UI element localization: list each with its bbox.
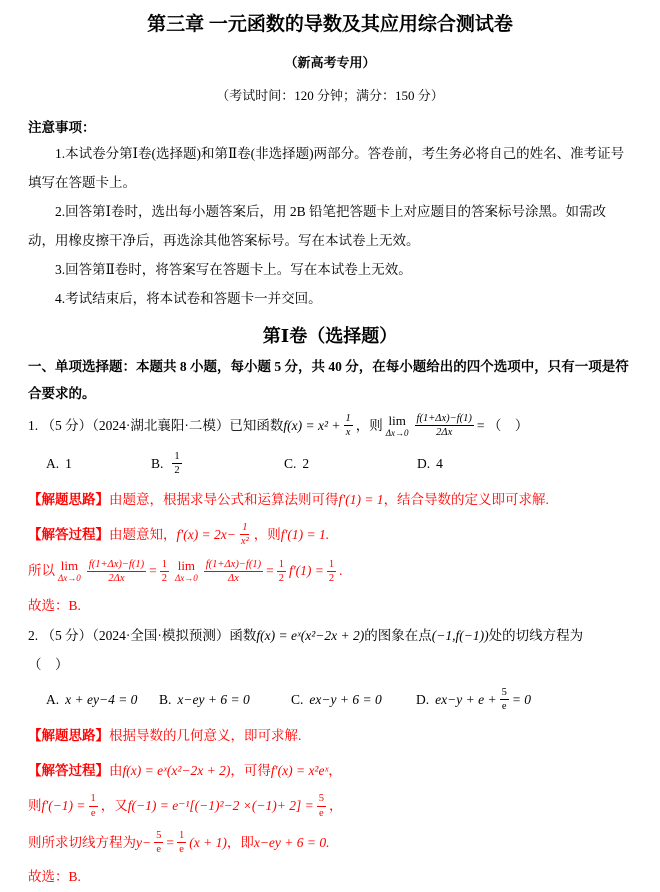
fraction-denominator: 2 <box>277 572 286 585</box>
option-a-label: A. <box>46 456 59 472</box>
fraction-denominator: Δx <box>226 572 241 585</box>
fraction-one-half: 12 <box>172 450 181 477</box>
notice-heading: 注意事项： <box>28 117 632 139</box>
q2-solution-then: 则 <box>28 798 42 813</box>
option-b-value: x−ey + 6 = 0 <box>177 692 249 708</box>
q2-stem-function: f(x) = eˣ(x²−2x + 2) <box>256 628 364 643</box>
option-c-value: ex−y + 6 = 0 <box>309 692 381 708</box>
q1-stem-function: f(x) = x² + <box>283 418 340 433</box>
limit-subscript: Δx→0 <box>175 574 198 583</box>
limit-subscript: Δx→0 <box>58 574 81 583</box>
fraction-denominator: 2Δx <box>434 426 454 439</box>
fraction-numerator: 1 <box>177 829 186 843</box>
q1-stem-mid: ，则 <box>356 418 383 433</box>
q1-solution-therefore: 所以 <box>28 563 55 578</box>
q2-tangent-y: y− <box>136 835 151 850</box>
limit-notation: limΔx→0 <box>175 559 198 583</box>
fraction-numerator: 1 <box>344 412 353 426</box>
q1-option-c: C.2 <box>284 456 417 472</box>
q1-stem-pre: 1. （5 分）（2024·湖北襄阳·二模）已知函数 <box>28 418 283 433</box>
period: . <box>339 563 342 578</box>
q2-solution-that-is: ，即 <box>227 835 254 850</box>
q2-answer: 故选：B. <box>28 866 632 888</box>
fraction-numerator: 1 <box>160 558 169 572</box>
q2-solution-line-1: 【解答过程】由f(x) = eˣ(x²−2x + 2)，可得f′(x) = x²… <box>28 758 632 784</box>
notice-item-1: 1.本试卷分第Ⅰ卷(选择题)和第Ⅱ卷(非选择题)两部分。答卷前，考生务必将自己的… <box>28 139 632 197</box>
fraction-one-half: 12 <box>160 558 169 585</box>
fraction-numerator: 1 <box>327 558 336 572</box>
q1-option-a: A.1 <box>46 456 151 472</box>
fraction-numerator: 1 <box>240 521 249 535</box>
fraction-denominator: 2 <box>172 464 181 477</box>
fraction-5-over-e: 5e <box>317 792 326 819</box>
q2-solution-fprime-neg1: f′(−1) = <box>42 798 86 813</box>
q2-stem-point: (−1,f(−1)) <box>432 628 489 643</box>
option-b-label: B. <box>159 692 171 708</box>
q2-option-a: A.x + ey−4 = 0 <box>46 692 159 708</box>
fraction-numerator: f(1+Δx)−f(1) <box>204 558 263 572</box>
q2-option-b: B.x−ey + 6 = 0 <box>159 692 291 708</box>
q1-solution-line-2: 所以limΔx→0f(1+Δx)−f(1)2Δx=12limΔx→0f(1+Δx… <box>28 558 632 586</box>
q1-solution-mid: ，则 <box>254 527 281 542</box>
fraction-numerator: 1 <box>172 450 181 464</box>
option-b-label: B. <box>151 456 163 472</box>
fraction-denominator: e <box>317 807 326 820</box>
fraction-denominator: 2 <box>327 572 336 585</box>
q2-option-c: C.ex−y + 6 = 0 <box>291 692 416 708</box>
q2-stem-mid: 的图象在点 <box>364 628 432 643</box>
q2-options-row: A.x + ey−4 = 0 B.x−ey + 6 = 0 C.ex−y + 6… <box>28 687 632 714</box>
limit-subscript: Δx→0 <box>386 429 409 438</box>
q1-answer: 故选：B. <box>28 595 632 617</box>
fraction-denominator: e <box>177 843 186 856</box>
fraction-denominator: x <box>344 426 353 439</box>
option-d-value-pre: ex−y + e + <box>435 692 496 708</box>
fraction-denominator: e <box>154 843 163 856</box>
option-d-value-post: = 0 <box>512 692 531 708</box>
comma: ， <box>329 798 343 813</box>
fraction-numerator: 1 <box>277 558 286 572</box>
section-1-instructions: 一、单项选择题：本题共 8 小题，每小题 5 分，共 40 分，在每小题给出的四… <box>28 353 632 407</box>
difference-quotient-fraction: f(1+Δx)−f(1)Δx <box>204 558 263 585</box>
option-d-label: D. <box>417 456 430 472</box>
q2-solution-f-neg1: f(−1) = e⁻¹[(−1)²−2 ×(−1)+ 2] = <box>128 798 314 813</box>
q2-tangent-x-plus-1: (x + 1) <box>189 835 227 850</box>
notice-item-2: 2.回答第Ⅰ卷时，选出每小题答案后，用 2B 铅笔把答题卡上对应题目的答案标号涂… <box>28 197 632 255</box>
q2-option-d: D.ex−y + e +5e= 0 <box>416 687 531 714</box>
analysis-label: 【解题思路】 <box>28 492 109 507</box>
difference-quotient-fraction: f(1+Δx)−f(1)2Δx <box>415 412 474 439</box>
fraction-numerator: 5 <box>154 829 163 843</box>
fraction-one-half: 12 <box>327 558 336 585</box>
q2-solution-text-1: 由 <box>109 763 123 778</box>
q2-solution-also: ，又 <box>101 798 128 813</box>
limit-notation: limΔx→0 <box>58 559 81 583</box>
q2-analysis-text: 根据导数的几何意义，即可求解. <box>109 728 301 743</box>
notice-item-3: 3.回答第Ⅱ卷时，将答案写在答题卡上。写在本试卷上无效。 <box>28 255 632 284</box>
q2-analysis: 【解题思路】根据导数的几何意义，即可求解. <box>28 723 632 749</box>
q1-solution-text: 由题意知， <box>109 527 177 542</box>
fraction-1-over-e: 1e <box>177 829 186 856</box>
q2-tangent-equation: x−ey + 6 = 0. <box>254 835 330 850</box>
fraction-numerator: 1 <box>89 792 98 806</box>
question-1-stem: 1. （5 分）（2024·湖北襄阳·二模）已知函数f(x) = x² +1x，… <box>28 413 632 441</box>
option-a-value: 1 <box>65 456 72 472</box>
q2-solution-derivative: f′(x) = x²eˣ <box>271 763 328 778</box>
fraction-1-over-x-squared: 1x² <box>239 521 251 548</box>
question-2-stem: 2. （5 分）（2024·全国·模拟预测）函数f(x) = eˣ(x²−2x … <box>28 623 632 649</box>
q1-solution-line-1: 【解答过程】由题意知，f′(x) = 2x−1x²，则f′(1) = 1. <box>28 522 632 550</box>
option-c-label: C. <box>291 692 303 708</box>
limit-operator: lim <box>178 559 195 573</box>
fraction-denominator: 2Δx <box>106 572 126 585</box>
fraction-1-over-x: 1x <box>344 412 353 439</box>
limit-operator: lim <box>388 414 405 428</box>
q2-stem-post: 处的切线方程为 <box>489 628 584 643</box>
fraction-1-over-e: 1e <box>89 792 98 819</box>
notice-item-4: 4.考试结束后，将本试卷和答题卡一并交回。 <box>28 284 632 313</box>
fraction-one-half: 12 <box>277 558 286 585</box>
equals-sign: = <box>149 563 157 578</box>
q2-solution-function: f(x) = eˣ(x²−2x + 2) <box>123 763 231 778</box>
q1-analysis: 【解题思路】由题意，根据求导公式和运算法则可得f′(1) = 1，结合导数的定义… <box>28 487 632 513</box>
limit-notation: limΔx→0 <box>386 414 409 438</box>
comma: ， <box>328 763 342 778</box>
option-d-value: 4 <box>436 456 443 472</box>
fraction-numerator: f(1+Δx)−f(1) <box>415 412 474 426</box>
fraction-numerator: f(1+Δx)−f(1) <box>87 558 146 572</box>
analysis-label: 【解题思路】 <box>28 728 109 743</box>
q1-solution-fprime: f′(1) = <box>289 563 324 578</box>
q1-analysis-text-1: 由题意，根据求导公式和运算法则可得 <box>109 492 339 507</box>
fraction-numerator: 5 <box>500 686 509 700</box>
fraction-denominator: x² <box>239 535 251 548</box>
exam-info: （考试时间：120 分钟；满分：150 分） <box>28 87 632 105</box>
document-page: 第三章 一元函数的导数及其应用综合测试卷 （新高考专用） （考试时间：120 分… <box>0 0 660 888</box>
equals-sign: = <box>166 835 174 850</box>
option-c-value: 2 <box>302 456 309 472</box>
q2-solution-tangent-text: 则所求切线方程为 <box>28 835 136 850</box>
page-subtitle: （新高考专用） <box>28 54 632 72</box>
q1-analysis-text-2: ，结合导数的定义即可求解. <box>384 492 549 507</box>
fraction-denominator: e <box>89 807 98 820</box>
page-title: 第三章 一元函数的导数及其应用综合测试卷 <box>28 12 632 38</box>
section-1-heading: 第Ⅰ卷（选择题） <box>28 323 632 349</box>
q1-solution-result: f′(1) = 1. <box>281 527 329 542</box>
fraction-denominator: e <box>500 700 509 713</box>
solution-label: 【解答过程】 <box>28 763 109 778</box>
difference-quotient-fraction: f(1+Δx)−f(1)2Δx <box>87 558 146 585</box>
option-a-label: A. <box>46 692 59 708</box>
q1-option-d: D.4 <box>417 456 443 472</box>
q2-stem-pre: 2. （5 分）（2024·全国·模拟预测）函数 <box>28 628 256 643</box>
equals-sign: = <box>266 563 274 578</box>
q1-option-b: B.12 <box>151 451 284 478</box>
limit-operator: lim <box>61 559 78 573</box>
q1-options-row: A.1 B.12 C.2 D.4 <box>28 451 632 478</box>
solution-label: 【解答过程】 <box>28 527 109 542</box>
fraction-denominator: 2 <box>160 572 169 585</box>
q1-stem-post: = （ ） <box>477 418 529 433</box>
q2-stem-brackets: （ ） <box>28 653 632 677</box>
option-c-label: C. <box>284 456 296 472</box>
q2-solution-line-3: 则所求切线方程为y−5e=1e(x + 1)，即x−ey + 6 = 0. <box>28 830 632 858</box>
option-d-label: D. <box>416 692 429 708</box>
q1-solution-derivative: f′(x) = 2x− <box>177 527 236 542</box>
fraction-numerator: 5 <box>317 792 326 806</box>
q1-analysis-math: f′(1) = 1 <box>339 492 384 507</box>
option-a-value: x + ey−4 = 0 <box>65 692 137 708</box>
fraction-5-over-e: 5e <box>500 686 509 713</box>
q2-solution-mid: ，可得 <box>230 763 271 778</box>
fraction-5-over-e: 5e <box>154 829 163 856</box>
q2-solution-line-2: 则f′(−1) =1e，又f(−1) = e⁻¹[(−1)²−2 ×(−1)+ … <box>28 793 632 821</box>
